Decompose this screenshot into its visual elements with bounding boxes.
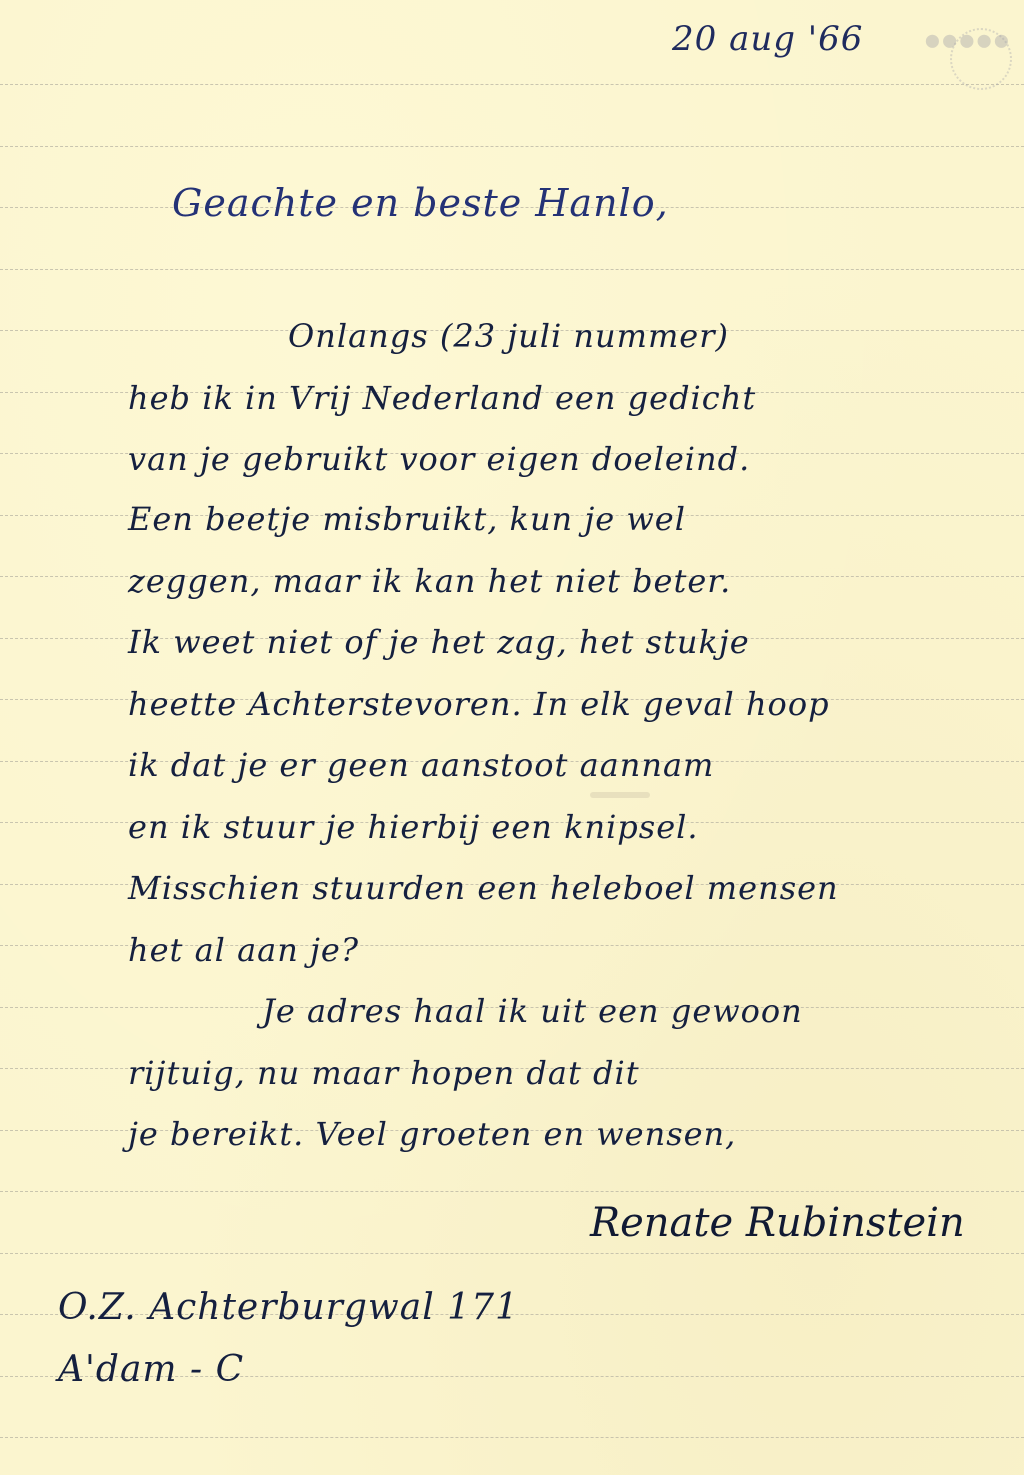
body-line: je bereikt. Veel groeten en wensen, — [128, 1118, 736, 1150]
body-line: heb ik in Vrij Nederland een gedicht — [128, 382, 756, 414]
ruled-line — [0, 269, 1024, 270]
body-line: Ik weet niet of je het zag, het stukje — [128, 626, 750, 658]
ruled-line — [0, 1437, 1024, 1438]
body-line: rijtuig, nu maar hopen dat dit — [128, 1057, 640, 1089]
body-line: zeggen, maar ik kan het niet beter. — [128, 565, 731, 597]
archive-stamp-circle — [950, 28, 1012, 90]
ruled-line — [0, 146, 1024, 147]
body-line: Je adres haal ik uit een gewoon — [262, 995, 803, 1027]
body-line: ik dat je er geen aanstoot aannam — [128, 749, 714, 781]
body-line: van je gebruikt voor eigen doeleind. — [128, 443, 750, 475]
salutation: Geachte en beste Hanlo, — [172, 184, 669, 222]
body-line: Een beetje misbruikt, kun je wel — [128, 503, 686, 535]
body-line: heette Achterstevoren. In elk geval hoop — [128, 688, 830, 720]
body-line: en ik stuur je hierbij een knipsel. — [128, 811, 699, 843]
body-line: Onlangs (23 juli nummer) — [288, 320, 729, 352]
letter-date: 20 aug '66 — [672, 22, 863, 56]
body-line: het al aan je? — [128, 934, 359, 966]
address-line-1: O.Z. Achterburgwal 171 — [58, 1290, 519, 1326]
ruled-line — [0, 1253, 1024, 1254]
paper-smudge — [590, 792, 650, 798]
body-line: Misschien stuurden een heleboel mensen — [128, 872, 839, 904]
address-line-2: A'dam - C — [58, 1352, 244, 1388]
signature: Renate Rubinstein — [590, 1203, 965, 1243]
letter-page: ●●●●● 20 aug '66 Geachte en beste Hanlo,… — [0, 0, 1024, 1475]
ruled-line — [0, 1191, 1024, 1192]
